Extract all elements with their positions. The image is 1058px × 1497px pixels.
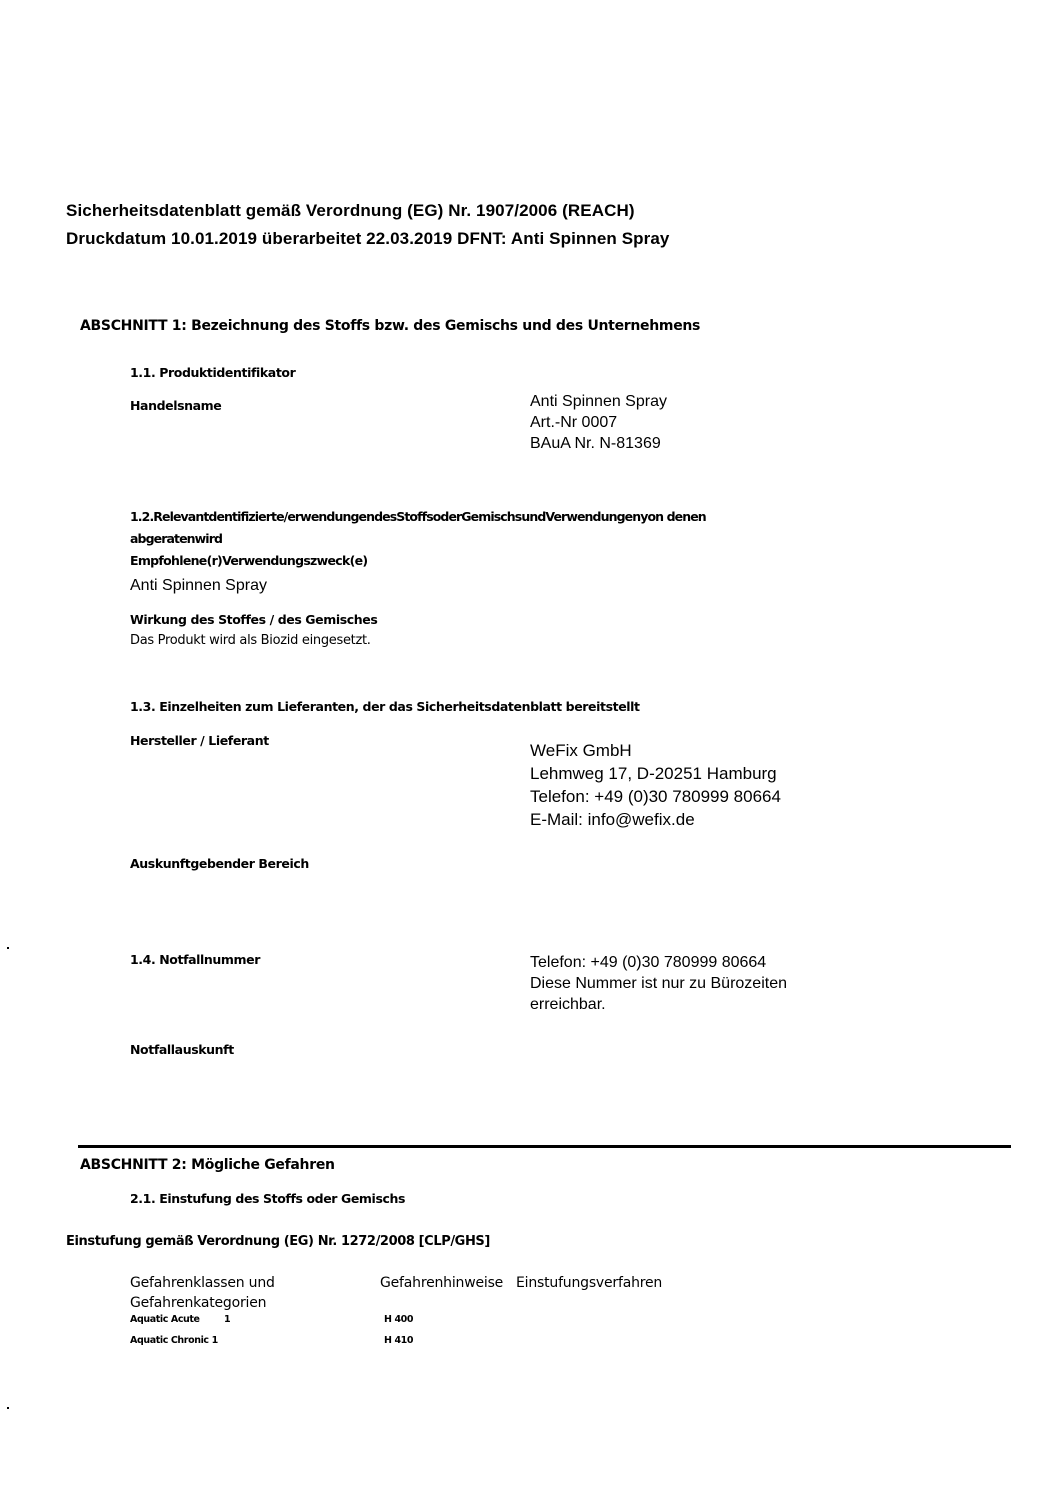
- table-row: Aquatic Chronic 1: [130, 1335, 218, 1346]
- table-header-classification-procedure: Einstufungsverfahren: [516, 1273, 662, 1293]
- hazard-classes-header-line1: Gefahrenklassen und: [130, 1273, 275, 1293]
- baua-number-value: BAuA Nr. N-81369: [530, 433, 667, 454]
- effect-label: Wirkung des Stoffes / des Gemisches: [130, 612, 377, 627]
- table-row: Aquatic Acute: [130, 1314, 200, 1325]
- hazard-classes-header-line2: Gefahrenkategorien: [130, 1293, 275, 1313]
- emergency-hours-note-cont: erreichbar.: [530, 994, 787, 1015]
- table-header-hazard-statements: Gefahrenhinweise: [380, 1273, 503, 1293]
- hazard-statement: H 400: [384, 1314, 413, 1325]
- hazard-statement: H 410: [384, 1335, 413, 1346]
- supplier-values: WeFix GmbH Lehmweg 17, D-20251 Hamburg T…: [530, 739, 781, 831]
- hazard-class: Aquatic Chronic 1: [130, 1335, 218, 1346]
- stray-mark: [7, 947, 9, 949]
- hazard-category: 1: [224, 1314, 230, 1325]
- recommended-use-value: Anti Spinnen Spray: [130, 575, 267, 596]
- subsection-1-3-heading: 1.3. Einzelheiten zum Lieferanten, der d…: [130, 699, 640, 714]
- effect-value: Das Produkt wird als Biozid eingesetzt.: [130, 633, 371, 648]
- supplier-email[interactable]: E-Mail: info@wefix.de: [530, 808, 781, 831]
- supplier-phone: Telefon: +49 (0)30 780999 80664: [530, 785, 781, 808]
- subsection-1-2-heading-line1: 1.2.Relevantdentifizierte/erwendungendes…: [130, 509, 706, 524]
- subsection-2-1-heading: 2.1. Einstufung des Stoffs oder Gemischs: [130, 1191, 405, 1206]
- subsection-1-2-heading-line2: abgeratenwird: [130, 531, 222, 546]
- section-2-heading: ABSCHNITT 2: Mögliche Gefahren: [80, 1157, 335, 1173]
- section-divider: [78, 1145, 1011, 1148]
- document-title-line2: Druckdatum 10.01.2019 überarbeitet 22.03…: [66, 229, 669, 249]
- emergency-info-label: Notfallauskunft: [130, 1042, 234, 1057]
- supplier-address: Lehmweg 17, D-20251 Hamburg: [530, 762, 781, 785]
- hazard-class: Aquatic Acute: [130, 1314, 200, 1325]
- emergency-phone: Telefon: +49 (0)30 780999 80664: [530, 952, 787, 973]
- subsection-1-4-heading: 1.4. Notfallnummer: [130, 952, 260, 967]
- section-1-heading: ABSCHNITT 1: Bezeichnung des Stoffs bzw.…: [80, 318, 700, 334]
- table-header-hazard-classes: Gefahrenklassen und Gefahrenkategorien: [130, 1273, 275, 1313]
- supplier-label: Hersteller / Lieferant: [130, 733, 269, 748]
- info-department-label: Auskunftgebender Bereich: [130, 856, 309, 871]
- article-number-value: Art.-Nr 0007: [530, 412, 667, 433]
- trade-name-label: Handelsname: [130, 398, 221, 413]
- document-title-line1: Sicherheitsdatenblatt gemäß Verordnung (…: [66, 201, 635, 221]
- classification-heading: Einstufung gemäß Verordnung (EG) Nr. 127…: [66, 1234, 490, 1249]
- emergency-hours-note: Diese Nummer ist nur zu Bürozeiten: [530, 973, 787, 994]
- recommended-use-label: Empfohlene(r)Verwendungszweck(e): [130, 553, 367, 568]
- supplier-company: WeFix GmbH: [530, 739, 781, 762]
- emergency-number-values: Telefon: +49 (0)30 780999 80664 Diese Nu…: [530, 952, 787, 1015]
- trade-name-values: Anti Spinnen Spray Art.-Nr 0007 BAuA Nr.…: [530, 391, 667, 454]
- subsection-1-1-heading: 1.1. Produktidentifikator: [130, 365, 295, 380]
- stray-mark: [7, 1407, 9, 1409]
- trade-name-value: Anti Spinnen Spray: [530, 391, 667, 412]
